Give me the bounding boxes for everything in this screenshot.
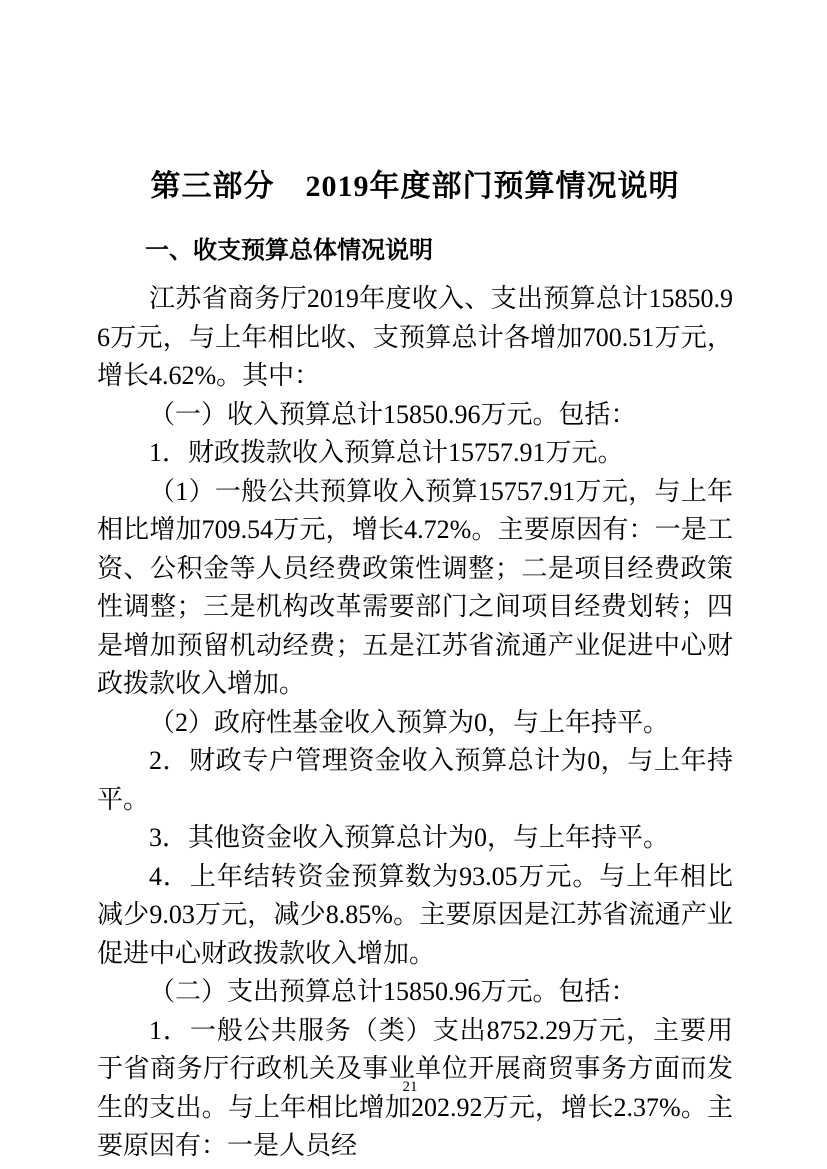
document-title: 第三部分 2019年度部门预算情况说明 (97, 168, 733, 205)
paragraph: 4．上年结转资金预算数为93.05万元。与上年相比减少9.03万元，减少8.85… (97, 858, 733, 974)
paragraph: 江苏省商务厅2019年度收入、支出预算总计15850.96万元，与上年相比收、支… (97, 280, 733, 396)
paragraph: （1）一般公共预算收入预算15757.91万元，与上年相比增加709.54万元，… (97, 473, 733, 704)
paragraph: 2．财政专户管理资金收入预算总计为0，与上年持平。 (97, 742, 733, 819)
section-heading: 一、收支预算总体情况说明 (97, 236, 733, 266)
paragraph: （二）支出预算总计15850.96万元。包括： (97, 973, 733, 1012)
page-content: 第三部分 2019年度部门预算情况说明 一、收支预算总体情况说明 江苏省商务厅2… (97, 168, 733, 1166)
paragraph: 3．其他资金收入预算总计为0，与上年持平。 (97, 819, 733, 858)
paragraph: （一）收入预算总计15850.96万元。包括： (97, 396, 733, 435)
paragraph: （2）政府性基金收入预算为0，与上年持平。 (97, 704, 733, 743)
page-number: 21 (0, 1078, 820, 1096)
paragraph: 1．财政拨款收入预算总计15757.91万元。 (97, 434, 733, 473)
document-page: 第三部分 2019年度部门预算情况说明 一、收支预算总体情况说明 江苏省商务厅2… (0, 0, 827, 1169)
